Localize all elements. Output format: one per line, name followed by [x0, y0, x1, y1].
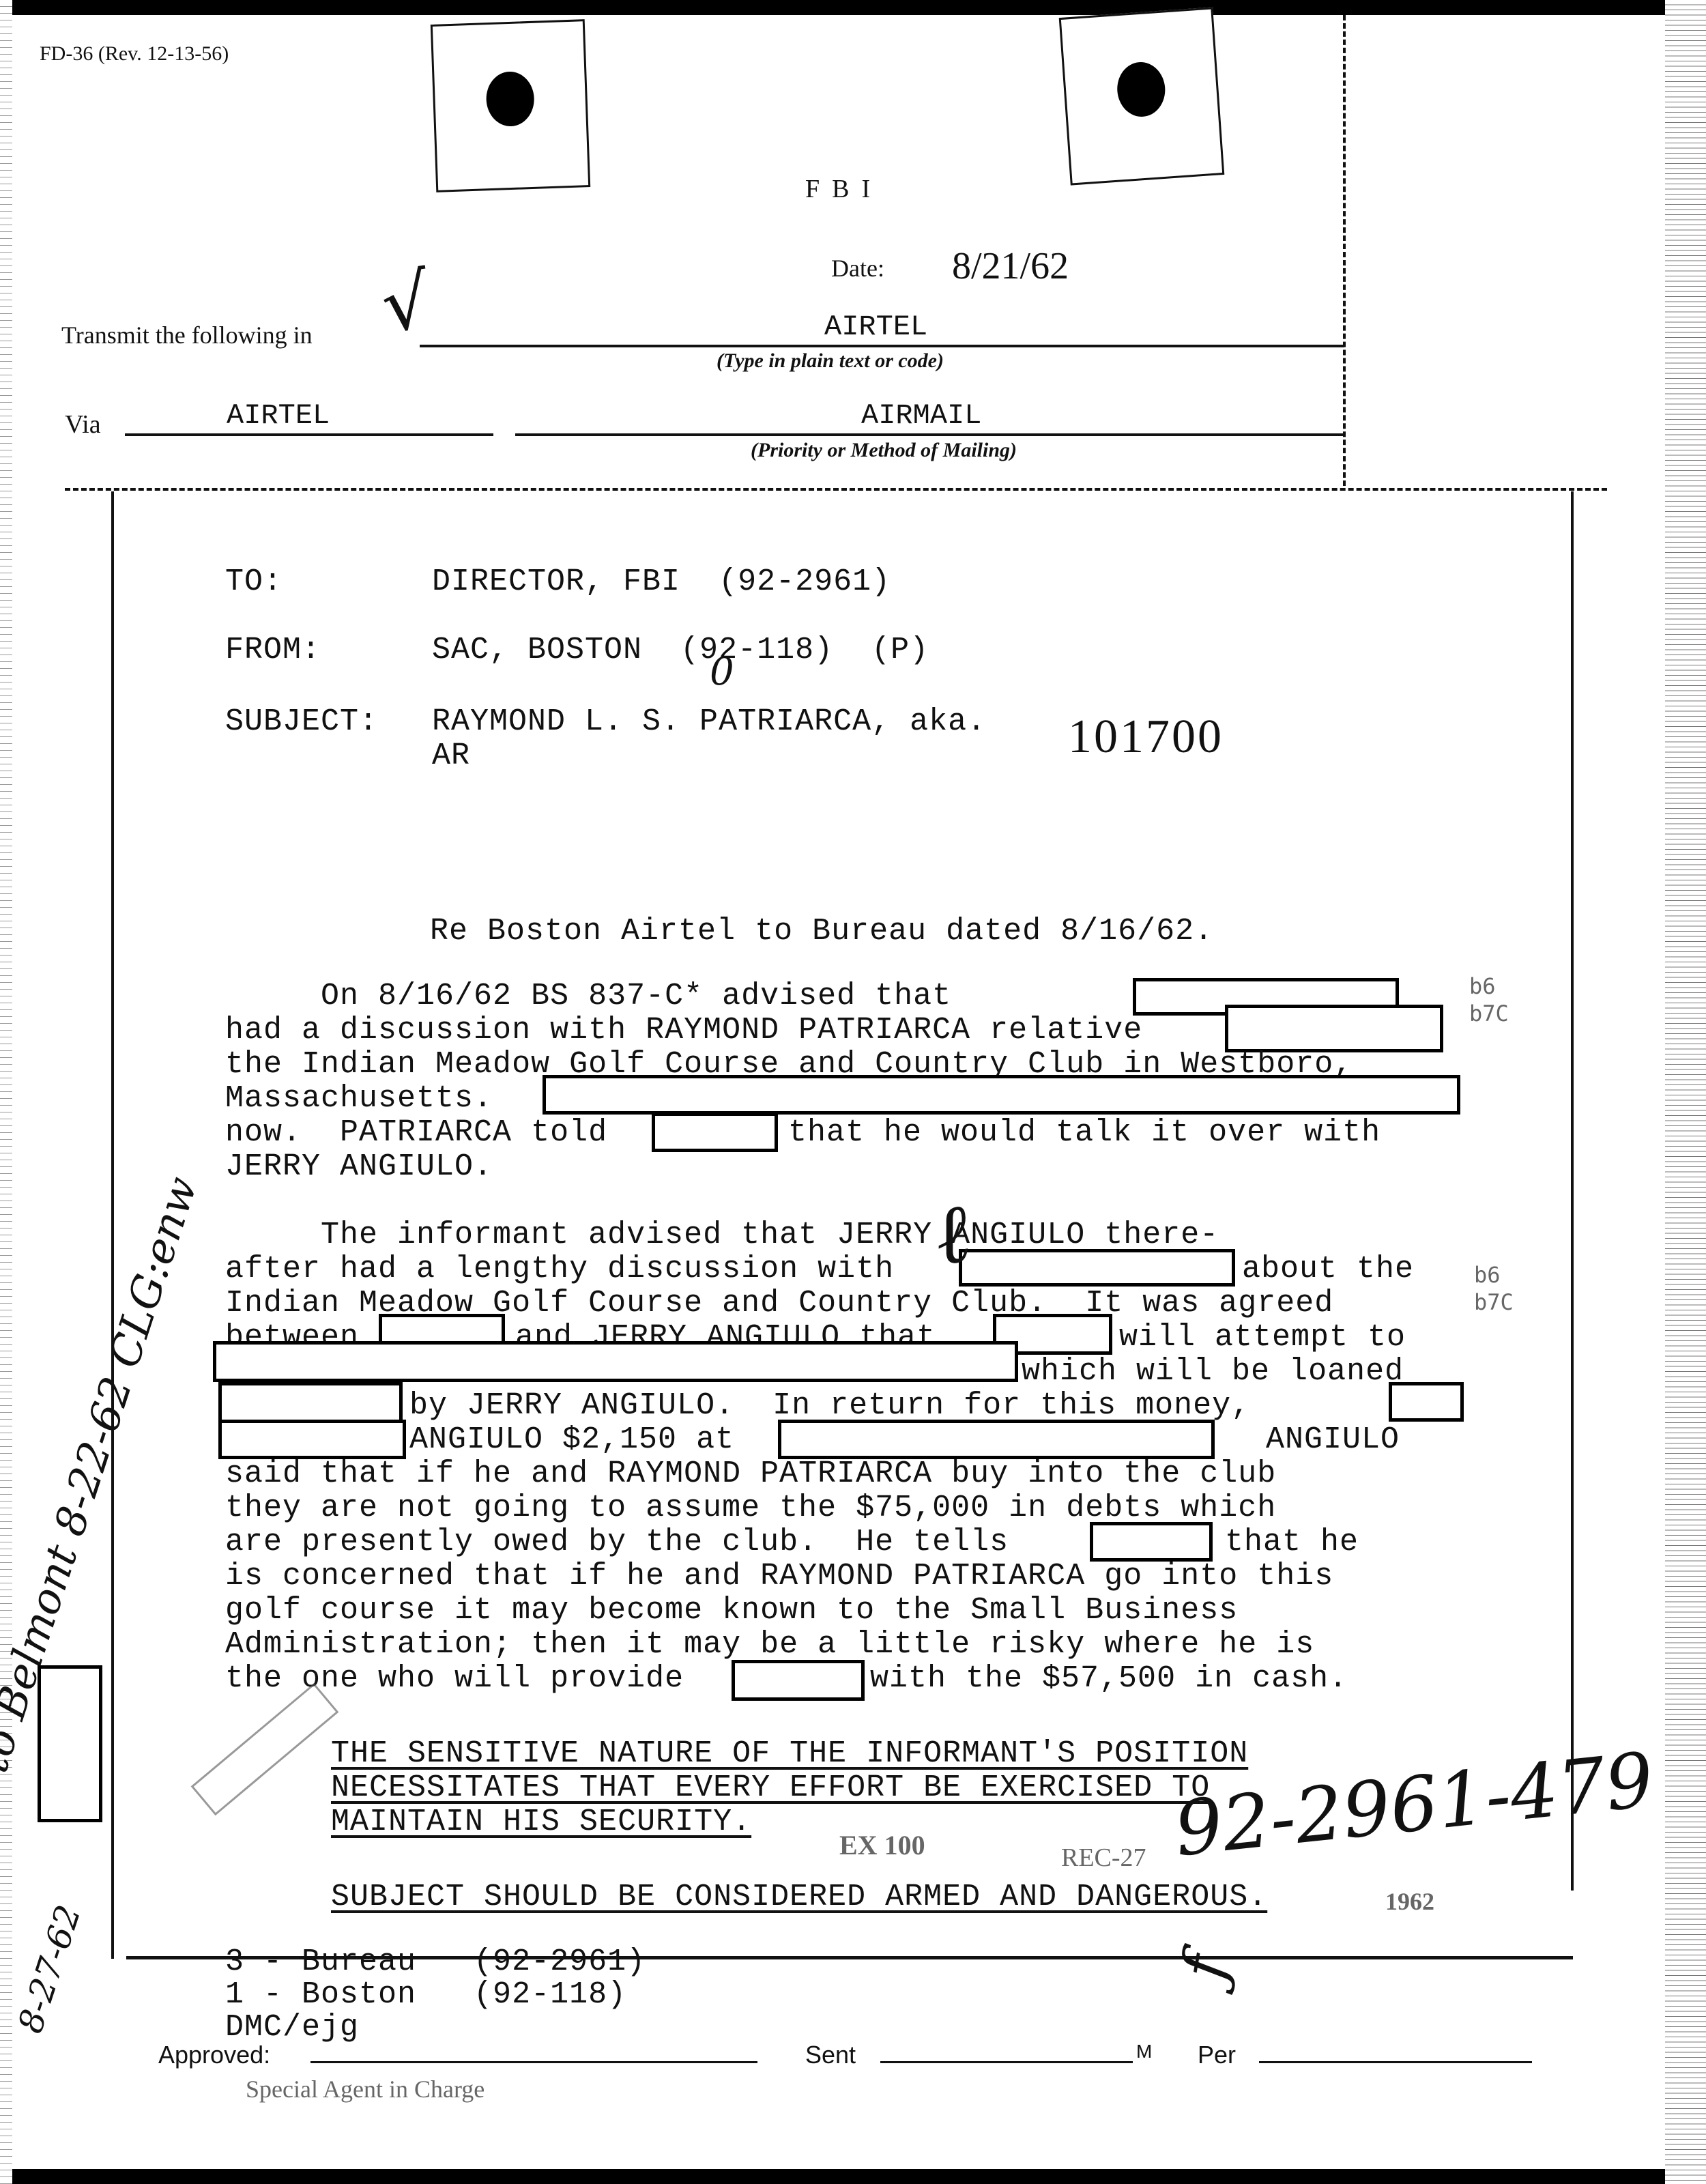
- scan-border-bottom: [0, 2169, 1706, 2184]
- scan-edge-left: [0, 0, 12, 2184]
- form-code: FD-36 (Rev. 12-13-56): [40, 42, 229, 66]
- redaction-box: [218, 1382, 403, 1423]
- scan-edge-right: [1665, 0, 1706, 2184]
- approved-label: Approved:: [158, 2041, 270, 2069]
- priority-hint: (Priority or Method of Mailing): [751, 439, 1017, 462]
- distribution-line: DMC/ejg: [225, 2011, 359, 2045]
- reference-line: Re Boston Airtel to Bureau dated 8/16/62…: [430, 915, 1213, 949]
- exemption-codes: b6 b7C: [1474, 1261, 1514, 1316]
- exemption-code: b6: [1474, 1261, 1514, 1289]
- redaction-box: [213, 1341, 1018, 1382]
- subject-label: SUBJECT:: [225, 705, 378, 739]
- approved-sub-label: Special Agent in Charge: [246, 2075, 485, 2103]
- date-label: Date:: [831, 254, 884, 283]
- redaction-box: [218, 1420, 406, 1459]
- agency-title: FBI: [805, 174, 882, 204]
- para2-line: the one who will provide: [225, 1662, 684, 1696]
- armed-warning: SUBJECT SHOULD BE CONSIDERED ARMED AND D…: [331, 1880, 1267, 1914]
- para2-line: which will be loaned: [1022, 1355, 1404, 1389]
- date-value: 8/21/62: [952, 244, 1069, 288]
- para1-line: now. PATRIARCA told: [225, 1116, 607, 1150]
- para2-line: about the: [1242, 1252, 1414, 1287]
- sent-label: Sent: [805, 2041, 856, 2069]
- redaction-box: [38, 1665, 102, 1822]
- para2-line: ANGIULO $2,150 at: [409, 1423, 734, 1457]
- punch-hole-icon: [485, 71, 535, 127]
- ex-stamp: EX 100: [839, 1829, 925, 1861]
- header-divider-horizontal: [65, 488, 1607, 491]
- from-value: SAC, BOSTON (92-118) (P): [432, 633, 929, 667]
- handwritten-signature: ƒ: [1168, 1950, 1243, 1985]
- body-frame-right: [1571, 491, 1574, 1891]
- para2-line: The informant advised that JERRY ANGIULO…: [225, 1218, 1219, 1252]
- para2-line: is concerned that if he and RAYMOND PATR…: [225, 1560, 1333, 1594]
- indexed-stamp: [191, 1683, 339, 1816]
- sent-field-line: [880, 2061, 1133, 2063]
- from-label: FROM:: [225, 633, 321, 667]
- rec-stamp: REC-27: [1061, 1843, 1146, 1873]
- redaction-box: [652, 1112, 778, 1152]
- transmit-hint: (Type in plain text or code): [717, 349, 944, 373]
- handwritten-check-icon: √: [376, 257, 435, 350]
- punch-hole-tab-right: [1059, 7, 1225, 185]
- warning-line: THE SENSITIVE NATURE OF THE INFORMANT'S …: [331, 1737, 1248, 1771]
- redaction-box: [1389, 1382, 1464, 1422]
- exemption-code: b7C: [1474, 1289, 1514, 1316]
- header-divider-vertical: [1343, 15, 1346, 486]
- para2-line: with the $57,500 in cash.: [870, 1662, 1348, 1696]
- punch-hole-icon: [1116, 61, 1167, 119]
- redaction-box: [778, 1420, 1215, 1459]
- exemption-code: b6: [1469, 973, 1509, 1000]
- para2-line: golf course it may become known to the S…: [225, 1594, 1238, 1628]
- exemption-codes: b6 b7C: [1469, 973, 1509, 1027]
- per-field-line: [1259, 2061, 1532, 2063]
- redaction-box: [1090, 1522, 1213, 1562]
- via-label: Via: [65, 409, 101, 440]
- priority-value: AIRMAIL: [861, 399, 981, 432]
- redaction-box: [543, 1075, 1460, 1115]
- priority-field-line: [515, 433, 1344, 436]
- para2-line: by JERRY ANGIULO. In return for this mon…: [409, 1389, 1250, 1423]
- para1-line: Massachusetts.: [225, 1082, 493, 1116]
- redaction-box: [732, 1660, 865, 1701]
- para2-line: are presently owed by the club. He tells: [225, 1525, 1009, 1560]
- punch-hole-tab-left: [431, 19, 590, 192]
- redaction-box: [1225, 1005, 1443, 1052]
- para2-line: they are not going to assume the $75,000…: [225, 1491, 1276, 1525]
- exemption-code: b7C: [1469, 1000, 1509, 1027]
- sent-suffix: M: [1136, 2041, 1152, 2063]
- warning-line: MAINTAIN HIS SECURITY.: [331, 1805, 751, 1839]
- para1-line: had a discussion with RAYMOND PATRIARCA …: [225, 1014, 1142, 1048]
- warning-line: NECESSITATES THAT EVERY EFFORT BE EXERCI…: [331, 1771, 1210, 1805]
- subject-line-2: AR: [432, 739, 470, 773]
- para2-line: that he: [1225, 1525, 1359, 1560]
- para2-line: ANGIULO: [1266, 1423, 1400, 1457]
- approved-field-line: [310, 2061, 757, 2063]
- per-label: Per: [1198, 2041, 1236, 2069]
- para2-line: will attempt to: [1119, 1321, 1406, 1355]
- transmit-value: AIRTEL: [824, 311, 927, 343]
- para2-line: Administration; then it may be a little …: [225, 1628, 1314, 1662]
- serial-stamp: 101700: [1068, 710, 1224, 764]
- scan-border-top: [0, 0, 1706, 15]
- handwritten-zero: 0: [710, 650, 734, 694]
- para2-line: after had a lengthy discussion with: [225, 1252, 894, 1287]
- para1-line: that he would talk it over with: [788, 1116, 1380, 1150]
- para1-line: JERRY ANGIULO.: [225, 1150, 493, 1184]
- to-label: TO:: [225, 565, 283, 599]
- para1-line: On 8/16/62 BS 837-C* advised that: [225, 979, 951, 1014]
- to-value: DIRECTOR, FBI (92-2961): [432, 565, 891, 599]
- subject-value: RAYMOND L. S. PATRIARCA, aka.: [432, 705, 986, 739]
- para2-line: said that if he and RAYMOND PATRIARCA bu…: [225, 1457, 1276, 1491]
- redaction-box: [959, 1249, 1235, 1287]
- distribution-line: 1 - Boston (92-118): [225, 1978, 626, 2012]
- date-stamp: 1962: [1385, 1887, 1434, 1916]
- distribution-line: 3 - Bureau (92-2961): [225, 1945, 646, 1979]
- transmit-label: Transmit the following in: [61, 321, 313, 349]
- via-field-line: [125, 433, 493, 436]
- via-value: AIRTEL: [227, 399, 330, 432]
- transmit-field-line: [420, 345, 1344, 347]
